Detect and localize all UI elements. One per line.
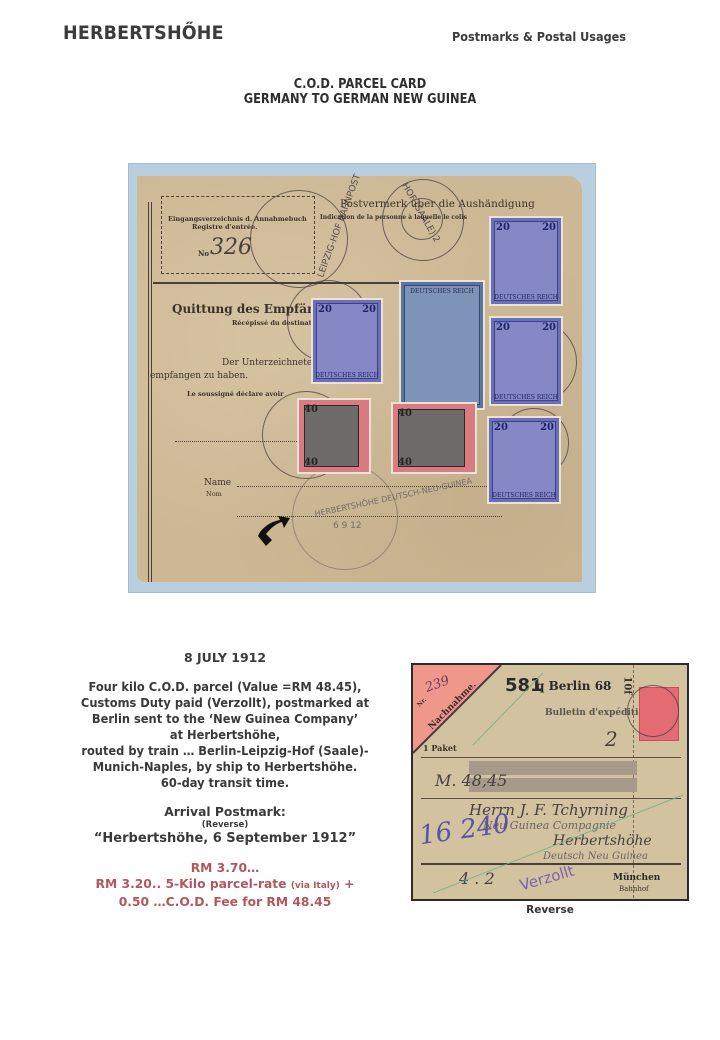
register-label-fr: Registre d'entrée.: [192, 223, 257, 231]
rate-line2: 0.50 …C.O.D. Fee for RM 48.45: [55, 894, 395, 910]
postmark-herbertshohe: HERBERTSHÖHE DEUTSCH-NEU-GUINEA 6 9 12: [292, 464, 398, 570]
register-no-label: No: [198, 249, 209, 258]
stamp-20pf-1: 20 20 DEUTSCHES REICH: [311, 298, 383, 384]
received-de: empfangen zu haben.: [150, 371, 248, 381]
stamp-40pf-1: 40 40: [297, 398, 371, 474]
page-title-line1: C.O.D. PARCEL CARD: [43, 77, 677, 92]
rate-total: RM 3.70…: [55, 860, 395, 876]
description-line: Four kilo C.O.D. parcel (Value =RM 48.45…: [67, 679, 383, 695]
name-label-de: Name: [204, 478, 231, 488]
postmark-leipzig-hof: LEIPZIG-HOF BAHNPOST: [250, 190, 348, 288]
rate-line1: RM 3.20.. 5-Kilo parcel-rate (via Italy)…: [55, 876, 395, 894]
stamp-2mk: DEUTSCHES REICH: [399, 280, 485, 410]
description-line: Berlin sent to the ‘New Guinea Company’: [67, 711, 383, 727]
description-line: at Herbertshöhe,: [67, 727, 383, 743]
margin-line: [148, 202, 149, 582]
description-line: routed by train … Berlin-Leipzig-Hof (Sa…: [67, 743, 383, 759]
series-title: HERBERTSHŐHE: [63, 22, 224, 44]
arrival-sub: (Reverse): [55, 819, 395, 831]
stamp-40pf-2: 40 40: [391, 402, 477, 474]
rate-block: RM 3.70… RM 3.20.. 5-Kilo parcel-rate (v…: [55, 860, 395, 910]
postmark-hof-saale: HOF (SAALE) 2: [382, 179, 464, 261]
arrival-heading: Arrival Postmark:: [55, 805, 395, 819]
parcel-card-reverse: Nr. 239 Nachnahme. 581 q Berlin 68 10f B…: [411, 663, 689, 901]
usage-date: 8 JULY 1912: [55, 650, 395, 665]
arrival-quote: “Herbertshöhe, 6 September 1912”: [55, 831, 395, 846]
curved-arrow-icon: [252, 514, 292, 550]
reverse-caption: Reverse: [411, 904, 689, 916]
series-subtitle: Postmarks & Postal Usages: [452, 29, 626, 44]
green-pencil-line: [413, 665, 689, 901]
signed-fr: Le soussigné déclare avoir: [187, 390, 284, 398]
page-title: C.O.D. PARCEL CARD GERMANY TO GERMAN NEW…: [0, 77, 720, 107]
description-line: Munich-Naples, by ship to Herbertshöhe.: [67, 759, 383, 775]
register-no: 326: [210, 235, 252, 260]
parcel-card-front: Eingangsverzeichnis d. Annahmebuch Regis…: [137, 176, 582, 582]
name-label-fr: Nom: [206, 490, 222, 498]
margin-line: [151, 202, 152, 582]
description-panel: 8 JULY 1912 Four kilo C.O.D. parcel (Val…: [55, 650, 395, 910]
description-line: 60-day transit time.: [67, 775, 383, 791]
page-title-line2: GERMANY TO GERMAN NEW GUINEA: [43, 92, 677, 107]
stamp-20pf-4: 20 20 DEUTSCHES REICH: [487, 416, 561, 504]
description-line: Customs Duty paid (Verzollt), postmarked…: [67, 695, 383, 711]
stamp-20pf-3: 20 20 DEUTSCHES REICH: [489, 316, 563, 406]
description-body: Four kilo C.O.D. parcel (Value =RM 48.45…: [55, 679, 395, 791]
stamp-20pf-2: 20 20 DEUTSCHES REICH: [489, 216, 563, 306]
